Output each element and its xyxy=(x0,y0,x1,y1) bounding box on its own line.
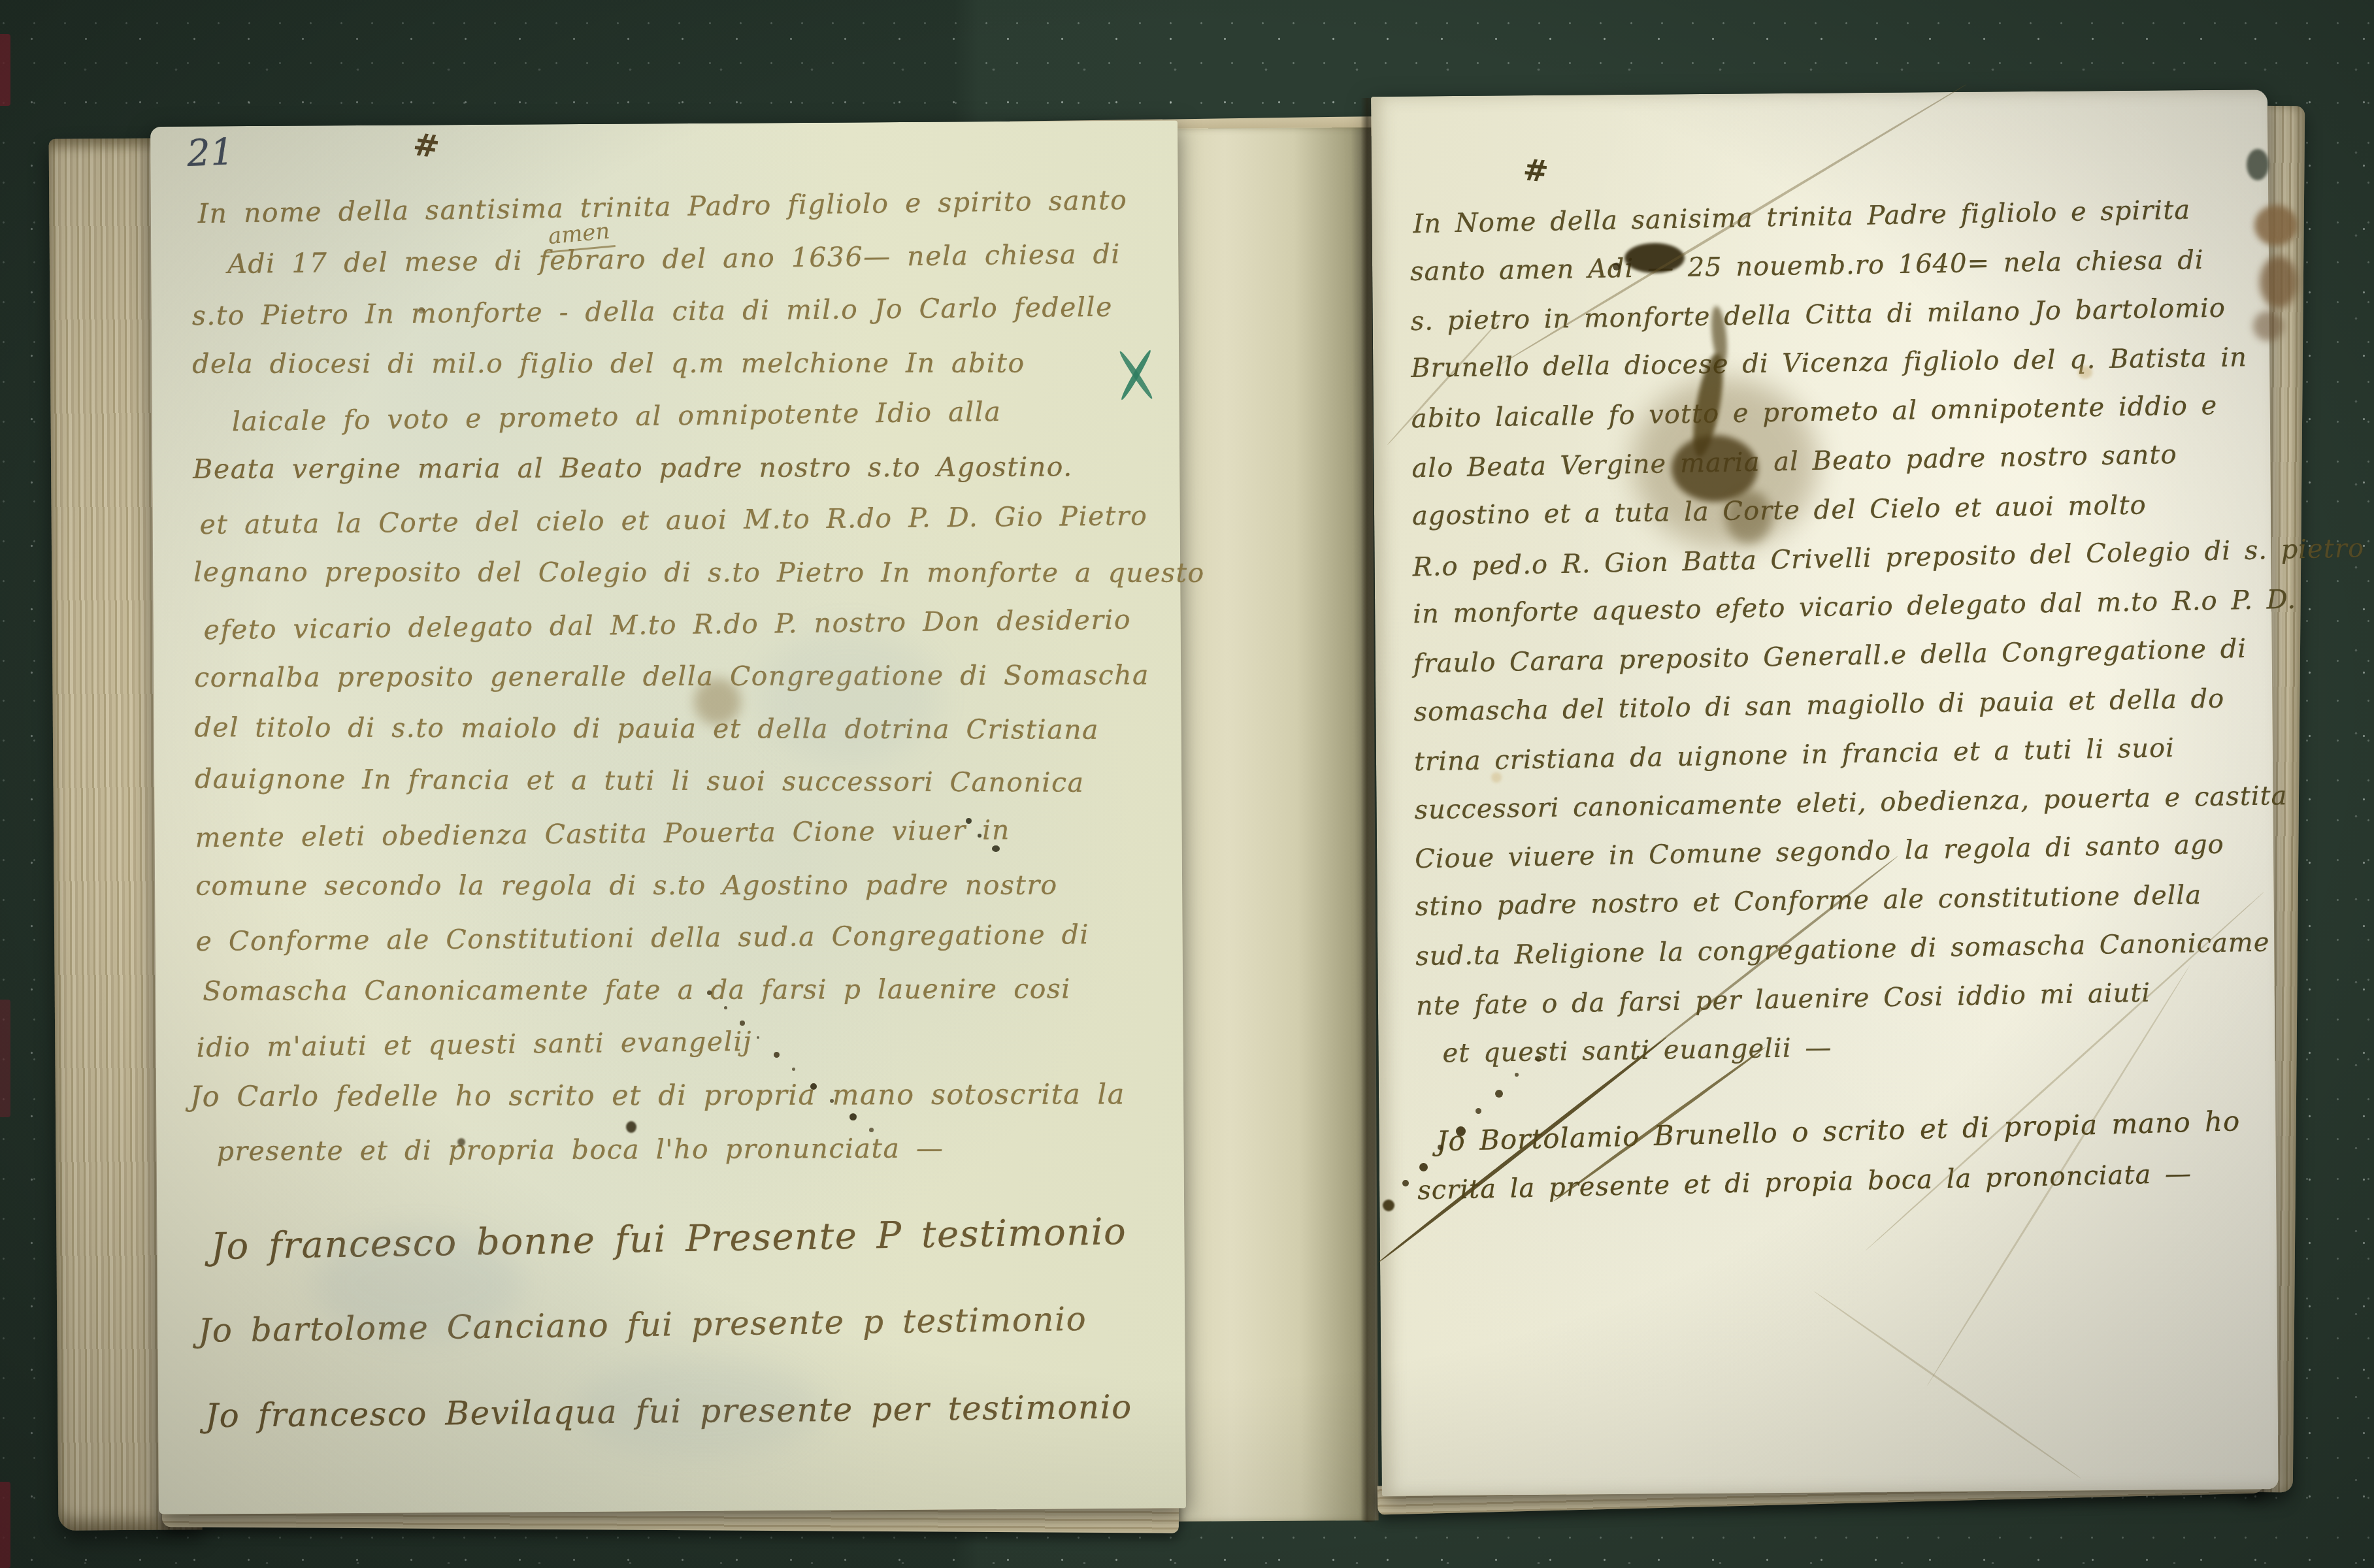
manuscript-line: Somascha Canonicamente fate a da farsi p… xyxy=(203,963,1163,1018)
manuscript-line: Jo Carlo fedelle ho scrito et di propria… xyxy=(190,1068,1164,1125)
manuscript-line: del titolo di s.to maiolo di pauia et de… xyxy=(195,702,1162,757)
ink-dot-trail xyxy=(707,990,712,995)
manuscript-line: dela diocesi di mil.o figlio del q.m mel… xyxy=(192,337,1159,390)
red-edge-ribbon xyxy=(0,1000,10,1117)
manuscript-line: dauignone In francia et a tuti li suoi s… xyxy=(195,753,1162,809)
ink-speck xyxy=(978,834,981,838)
ink-dot-trail xyxy=(849,1113,857,1120)
ink-dot-trail xyxy=(740,1021,745,1026)
edge-smudge xyxy=(2260,256,2298,308)
ink-dot-trail xyxy=(830,1099,834,1103)
ink-dot-trail xyxy=(724,1006,727,1009)
ink-splatter xyxy=(1402,1180,1409,1186)
ink-splatter xyxy=(1515,1073,1519,1077)
foxing-spot xyxy=(418,307,425,314)
manuscript-line: et atuta la Corte del cielo et auoi M.to… xyxy=(199,490,1161,551)
manuscript-line: presente et di propria boca l'ho pronunc… xyxy=(216,1122,1164,1178)
foxing-spot xyxy=(2078,366,2092,379)
ink-blot xyxy=(1613,263,1621,270)
ink-speck xyxy=(966,818,972,824)
hash-mark-icon: # xyxy=(1521,152,1550,189)
ink-dot-trail xyxy=(792,1068,795,1071)
edge-smudge xyxy=(2254,205,2298,246)
ink-smear-drip xyxy=(1725,490,1772,544)
left-page: 21 # amen In nome della santisima trinit… xyxy=(150,120,1186,1514)
hash-mark-icon: # xyxy=(411,126,442,166)
manuscript-line: cornalba preposito generalle della Congr… xyxy=(194,650,1161,705)
ink-speck xyxy=(992,845,1000,852)
foxing-spot xyxy=(1491,772,1502,783)
manuscript-line: Adi 17 del mese di febraro del ano 1636—… xyxy=(227,228,1159,291)
manuscript-line: legnano preposito del Colegio di s.to Pi… xyxy=(193,546,1161,599)
manuscript-line: Beata vergine maria al Beato padre nostr… xyxy=(193,441,1160,496)
ink-splatter xyxy=(1419,1163,1428,1171)
page-number: 21 xyxy=(186,131,235,175)
ghost-show-through xyxy=(758,627,941,764)
ink-dot-trail xyxy=(757,1036,759,1039)
red-edge-ribbon xyxy=(0,34,10,106)
manuscript-line: comune secondo la regola di s.to Agostin… xyxy=(195,860,1162,913)
ink-splatter xyxy=(1456,1126,1466,1136)
ink-blob xyxy=(626,1121,636,1133)
ink-dot-trail xyxy=(810,1083,817,1090)
ink-speck xyxy=(457,1138,465,1146)
stain xyxy=(694,678,741,725)
ghost-show-through xyxy=(575,1359,823,1457)
ink-splatter xyxy=(1476,1108,1481,1114)
manuscript-line: s.to Pietro In monforte - della cita di … xyxy=(191,281,1159,342)
manuscript-line: e Conforme ale Constitutioni della sud.a… xyxy=(195,908,1163,968)
ghost-show-through xyxy=(314,1228,523,1339)
manuscript-line: efeto vicario delegato dal M.to R.do P. … xyxy=(203,593,1161,657)
manuscript-photo: 21 # amen In nome della santisima trinit… xyxy=(0,0,2374,1568)
ink-splatter xyxy=(1438,1145,1443,1150)
manuscript-line: mente eleti obedienza Castita Pouerta Ci… xyxy=(195,803,1162,864)
ink-dot-trail xyxy=(869,1128,874,1132)
ink-dot-trail xyxy=(774,1052,780,1058)
ink-splatter xyxy=(1536,1056,1541,1062)
manuscript-line: laicale fo voto e prometo al omnipotente… xyxy=(231,384,1160,448)
edge-smudge xyxy=(2247,149,2269,180)
ink-splatter xyxy=(1495,1090,1503,1098)
right-page: # In Nome della sanisima trinita Padre f… xyxy=(1371,90,2279,1496)
ink-smear-halo xyxy=(1632,378,1818,549)
under-page-strip xyxy=(1167,127,1378,1522)
edge-smudge xyxy=(2253,311,2283,341)
ink-splatter xyxy=(1383,1200,1394,1211)
manuscript-line: idio m'aiuti et questi santi evangelij xyxy=(196,1011,1164,1075)
red-edge-ribbon xyxy=(0,1482,10,1568)
